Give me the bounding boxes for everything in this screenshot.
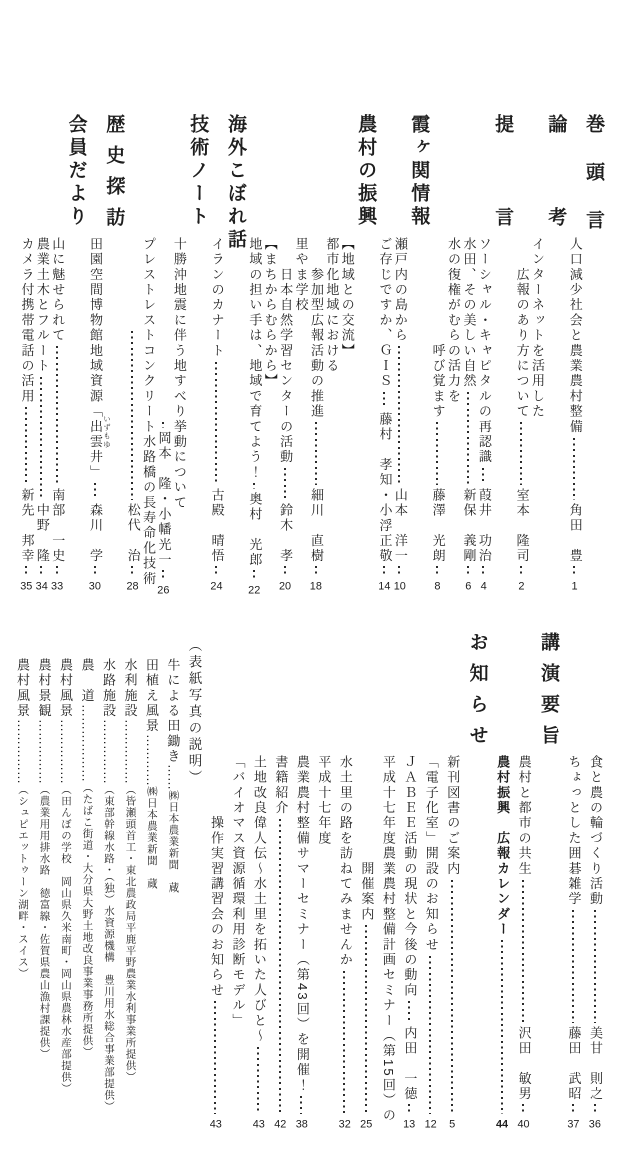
entry-title: 食と農の輪づくり活動	[587, 755, 602, 907]
entry-author: 藤村 孝知・小浮正敬	[377, 412, 392, 564]
dot-leader	[284, 468, 286, 500]
entry-title: 日本自然学習センターの活動	[277, 237, 292, 465]
dot-leader-text: …………	[143, 734, 158, 786]
entry-title: 水路施設	[100, 658, 115, 719]
entry-page-number: 14	[378, 579, 391, 592]
entry-title-line: 十勝沖地震に伴う地すべり挙動について	[171, 112, 186, 592]
entry-page-number: 35	[20, 579, 33, 592]
dot-leader	[25, 407, 27, 485]
section-header-label: 提言	[491, 114, 513, 300]
entry-page-number: 37	[567, 1117, 580, 1130]
toc-entry: ご存じですか、ＧＩＳ藤村 孝知・小浮正敬14	[377, 112, 392, 592]
entry-title: 開催案内	[358, 755, 373, 922]
dot-leader	[572, 1104, 574, 1115]
toc-entry: 土地改良偉人伝〜水土里を拓いた人びと〜43	[251, 630, 266, 1130]
entry-page-number: 34	[35, 579, 48, 592]
entry-title: 参加型広報活動の推進	[308, 237, 323, 419]
entry-title-line: 平成十七年度農業農村整備計画セミナー（第15回）の	[380, 630, 395, 1130]
entry-title	[156, 237, 171, 419]
magazine-toc-page: { "page": { "background": "#ffffff", "te…	[0, 0, 618, 1158]
entry-title: 平成十七年度農業農村整備計画セミナー（第15回）の	[380, 755, 395, 1123]
entry-title-line: 【まちからむらから】	[262, 112, 277, 592]
entry-page-number: 33	[50, 579, 63, 592]
dot-leader	[436, 566, 438, 577]
entry-title: 呼び覚ます	[430, 237, 445, 419]
section-header-label: 巻頭言	[582, 114, 604, 258]
dot-leader	[594, 910, 596, 1023]
dot-leader	[436, 422, 438, 485]
entry-author: 新保 義剛	[461, 488, 476, 564]
entry-title: 平成十七年度	[315, 755, 330, 846]
toc-entry: 松代 治28	[125, 112, 140, 592]
dot-leader	[56, 346, 58, 485]
dot-leader	[467, 566, 469, 577]
entry-page-number: 43	[252, 1117, 265, 1130]
entry-page-number: 2	[515, 579, 528, 592]
entry-title-line: 水の復権がむらの活力を	[445, 112, 460, 592]
dot-leader	[215, 566, 217, 577]
entry-title: 土地改良偉人伝〜水土里を拓いた人びと〜	[251, 755, 266, 1044]
toc-entry: 書籍紹介42	[272, 630, 287, 1130]
dot-leader	[467, 392, 469, 485]
entry-title: 農 道	[79, 658, 94, 704]
dot-leader	[253, 570, 255, 581]
entry-author: 奥村 光郎	[246, 492, 261, 568]
entry-page-number: 10	[393, 579, 406, 592]
dot-leader	[94, 566, 96, 577]
entry-page-number: 32	[338, 1117, 351, 1130]
entry-title: 書籍紹介	[272, 755, 287, 816]
entry-title-line: プレストレストコンクリート水路橋の長寿命化技術	[140, 112, 155, 592]
section-header-label: 農村の振興	[354, 114, 376, 229]
dot-leader	[398, 566, 400, 577]
dot-leader	[131, 566, 133, 577]
entry-title: 農業土木とフルート	[34, 237, 49, 374]
dot-leader	[398, 346, 400, 485]
entry-page-number: 13	[403, 1117, 416, 1130]
entry-title: 【まちからむらから】	[262, 237, 277, 389]
entry-title: 十勝沖地震に伴う地すべり挙動について	[171, 237, 186, 511]
toc-lower-block: 食と農の輪づくり活動美甘 則之36ちょっとした囲碁雑学藤田 武昭37講演要旨農村…	[14, 630, 602, 1130]
entry-author: 美甘 則之	[587, 1026, 602, 1102]
toc-entry: 開催案内25	[358, 630, 373, 1130]
entry-page-number: 26	[157, 583, 170, 596]
toc-entry: 「電子化室」開設のお知らせ12	[423, 630, 438, 1130]
dot-leader	[315, 566, 317, 577]
entry-page-number: 18	[309, 579, 322, 592]
entry-title: 農村と都市の共生	[516, 755, 531, 877]
entry-author: 中野 隆	[34, 503, 49, 564]
cover-photo-caption: 水利施設……………（皆瀬頭首工・東北農政局平鹿平野農業水利事業所提供）	[122, 630, 137, 1130]
photo-credit: （田んぼの学校 岡山県久米南町・岡山県農林水産部提供）	[57, 784, 72, 1095]
photo-credit: （東部幹線水路・（独）水資源機構 豊川用水総合事業部提供）	[100, 784, 115, 1112]
entry-page-number: 22	[248, 583, 261, 596]
dot-leader	[501, 940, 503, 1114]
section-header: お知らせ	[466, 630, 488, 1130]
dot-leader	[94, 483, 96, 500]
section-header-label: 講演要旨	[537, 632, 559, 756]
entry-author: 室本 隆司	[514, 488, 529, 564]
toc-entry: 農村振興 広報カレンダー44	[494, 630, 509, 1130]
dot-leader	[40, 377, 42, 500]
photo-credit: ㈱日本農業新聞 蔵	[143, 786, 158, 890]
dot-leader	[253, 483, 255, 489]
dot-leader	[520, 422, 522, 485]
dot-leader	[408, 1104, 410, 1115]
entry-title: 農村景観	[36, 658, 51, 719]
dot-leader-text: ……………	[100, 719, 115, 784]
entry-title: 水土里の路を訪ねてみませんか	[337, 755, 352, 968]
cover-photo-caption: 牛による田鋤き……㈱日本農業新聞 蔵	[164, 630, 179, 1130]
photo-credit: （農業用用排水路 徳富線・佐賀県農山漁村課提供）	[36, 784, 51, 1060]
toc-entry: 新刊図書のご案内5	[444, 630, 459, 1130]
dot-leader	[573, 566, 575, 577]
section-header-label: （表紙写真の説明）	[186, 638, 202, 787]
dot-leader	[383, 566, 385, 577]
dot-leader	[56, 566, 58, 577]
toc-entry: 呼び覚ます藤澤 光朗8	[430, 112, 445, 592]
entry-title: 「電子化室」開設のお知らせ	[423, 755, 438, 953]
entry-page-number: 12	[424, 1117, 437, 1130]
entry-title-line: 里やま学校	[293, 112, 308, 592]
entry-title: 山に魅せられて	[49, 237, 64, 343]
dot-leader	[482, 566, 484, 577]
photo-credit: ㈱日本農業新聞 蔵	[164, 790, 179, 894]
entry-title: 農村振興 広報カレンダー	[494, 755, 509, 937]
entry-title: 水田、その美しい自然	[461, 237, 476, 389]
dot-leader	[451, 880, 453, 1114]
dot-leader	[343, 971, 345, 1114]
entry-title: 水の復権がむらの活力を	[445, 237, 460, 404]
entry-page-number: 25	[360, 1117, 373, 1130]
entry-author: 細川 直樹	[308, 488, 323, 564]
toc-entry: 食と農の輪づくり活動美甘 則之36	[587, 630, 602, 1130]
entry-title-line: 【地域との交流】	[339, 112, 354, 592]
dot-leader	[40, 566, 42, 577]
photo-credit: （シュピエットゥーン湖畔・スイス）	[14, 784, 29, 980]
entry-author: 藤田 武昭	[566, 1026, 581, 1102]
dot-leader	[300, 1096, 302, 1114]
dot-leader-text: ……………	[122, 719, 137, 784]
toc-entry: 日本自然学習センターの活動鈴木 孝20	[277, 112, 292, 592]
section-header: 巻頭言	[582, 112, 604, 592]
entry-title: プレストレストコンクリート水路橋の長寿命化技術	[140, 237, 155, 587]
entry-title: 「バイオマス資源循環利用診断モデル」	[230, 755, 245, 1029]
entry-author: 藤澤 光朗	[430, 488, 445, 564]
entry-title: 瀬戸内の島から	[392, 237, 407, 343]
section-header: 霞ヶ関情報	[407, 112, 429, 592]
dot-leader	[573, 438, 575, 501]
entry-page-number: 24	[210, 579, 223, 592]
dot-leader-text: ……………	[36, 719, 51, 784]
entry-title: ＪＡＢＥＥ活動の現状と今後の動向	[401, 755, 416, 998]
entry-author: 鈴木 孝	[277, 503, 292, 564]
dot-leader-text: ……	[164, 764, 179, 790]
entry-page-number: 43	[209, 1117, 222, 1130]
entry-page-number: 28	[126, 579, 139, 592]
entry-title: 農村風景	[14, 658, 29, 719]
dot-leader	[215, 362, 217, 485]
entry-title: ソーシャル・キャピタルの再認識	[476, 237, 491, 465]
entry-author: 森川 学	[87, 503, 102, 564]
dot-leader	[383, 392, 385, 409]
entry-title: 農村風景	[57, 658, 72, 719]
entry-title: イランのカナート	[209, 237, 224, 359]
entry-title: 農業農村整備サマーセミナー（第43回）を開催！	[294, 755, 309, 1093]
entry-page-number: 6	[462, 579, 475, 592]
section-header: 農村の振興	[354, 112, 376, 592]
dot-leader	[520, 566, 522, 577]
entry-title: 水利施設	[122, 658, 137, 719]
dot-leader	[315, 422, 317, 485]
toc-entry: 農業土木とフルート中野 隆34	[34, 112, 49, 592]
entry-title: 新刊図書のご案内	[444, 755, 459, 877]
dot-leader	[162, 570, 164, 581]
section-header-label: 技術ノート	[186, 114, 208, 229]
toc-entry: 広報のあり方について室本 隆司2	[514, 112, 529, 592]
section-header: 海外こぼれ話	[224, 112, 246, 592]
toc-entry: ソーシャル・キャピタルの再認識葭井 功治4	[476, 112, 491, 592]
toc-entry: 参加型広報活動の推進細川 直樹18	[308, 112, 323, 592]
entry-title: 田植え風景	[143, 658, 158, 734]
dot-leader	[214, 1001, 216, 1114]
entry-page-number: 44	[495, 1117, 508, 1130]
cover-photo-caption: 田植え風景…………㈱日本農業新聞 蔵	[143, 630, 158, 1130]
dot-leader-text: ………………	[79, 704, 94, 782]
toc-upper-block: 巻頭言人口減少社会と農業農村整備角田 豊1論考インターネットを活用した 広報のあ…	[18, 112, 604, 592]
entry-title: 牛による田鋤き	[164, 658, 179, 764]
dot-leader	[429, 956, 431, 1114]
section-header-label: 霞ヶ関情報	[407, 114, 429, 229]
entry-title: 操作実習講習会のお知らせ	[208, 755, 223, 998]
cover-photos-header: （表紙写真の説明）	[186, 630, 202, 1130]
toc-entry: 操作実習講習会のお知らせ43	[208, 630, 223, 1130]
entry-author: 南部 一史	[49, 488, 64, 564]
entry-page-number: 5	[446, 1117, 459, 1130]
entry-title: ご存じですか、ＧＩＳ	[377, 237, 392, 389]
entry-author: 山本 洋一	[392, 488, 407, 564]
entry-title: 【地域との交流】	[339, 237, 354, 359]
entry-page-number: 36	[588, 1117, 601, 1130]
photo-credit: （皆瀬頭首工・東北農政局平鹿平野農業水利事業所提供）	[122, 784, 137, 1083]
toc-entry: 水田、その美しい自然新保 義剛6	[461, 112, 476, 592]
entry-page-number: 42	[274, 1117, 287, 1130]
dot-leader	[284, 566, 286, 577]
dot-leader	[572, 910, 574, 1023]
entry-author: 沢田 敏男	[516, 1026, 531, 1102]
entry-author: 岡本 隆・小幡光一	[156, 431, 171, 568]
dot-leader	[522, 880, 524, 1023]
section-header: 講演要旨	[537, 630, 559, 1130]
entry-title-line: 都市化地域における	[323, 112, 338, 592]
toc-entry: 人口減少社会と農業農村整備角田 豊1	[567, 112, 582, 592]
entry-title: 里やま学校	[293, 237, 308, 313]
toc-entry: 田園空間博物館地域資源「出雲井」いずもゆ森川 学30	[87, 112, 102, 592]
entry-page-number: 20	[278, 579, 291, 592]
entry-title: 人口減少社会と農業農村整備	[567, 237, 582, 435]
toc-entry: ＪＡＢＥＥ活動の現状と今後の動向内田 一徳13	[401, 630, 416, 1130]
toc-entry: 瀬戸内の島から山本 洋一10	[392, 112, 407, 592]
photo-credit: （たばこ街道・大分県大野土地改良事業事務所提供）	[79, 782, 94, 1058]
dot-leader	[365, 925, 367, 1114]
section-header: 技術ノート	[186, 112, 208, 592]
entry-title: カメラ付携帯電話の活用	[19, 237, 34, 404]
entry-title: 広報のあり方について	[514, 237, 529, 419]
entry-title: インターネットを活用した	[529, 237, 544, 419]
entry-author: 松代 治	[125, 503, 140, 564]
entry-author: 葭井 功治	[476, 488, 491, 564]
dot-leader	[257, 1047, 259, 1114]
dot-leader	[131, 331, 133, 500]
toc-entry: カメラ付携帯電話の活用新先 邦幸35	[19, 112, 34, 592]
entry-page-number: 4	[477, 579, 490, 592]
entry-author: 内田 一徳	[401, 1026, 416, 1102]
ruby-annotation: いずもゆ	[102, 415, 111, 449]
cover-photo-caption: 農村景観……………（農業用用排水路 徳富線・佐賀県農山漁村課提供）	[36, 630, 51, 1130]
cover-photo-caption: 水路施設……………（東部幹線水路・（独）水資源機構 豊川用水総合事業部提供）	[100, 630, 115, 1130]
dot-leader	[594, 1104, 596, 1115]
entry-author: 角田 豊	[567, 503, 582, 564]
cover-photo-caption: 農村風景……………（田んぼの学校 岡山県久米南町・岡山県農林水産部提供）	[57, 630, 72, 1130]
section-header-label: 歴史探訪	[102, 114, 124, 238]
section-header-label: 論考	[544, 114, 566, 300]
toc-entry: 山に魅せられて南部 一史33	[49, 112, 64, 592]
section-header: 歴史探訪	[102, 112, 124, 592]
toc-entry: 農村と都市の共生沢田 敏男40	[516, 630, 531, 1130]
section-header-label: 海外こぼれ話	[224, 114, 246, 252]
toc-entry: 農業農村整備サマーセミナー（第43回）を開催！38	[294, 630, 309, 1130]
toc-entry: ちょっとした囲碁雑学藤田 武昭37	[566, 630, 581, 1130]
dot-leader	[279, 819, 281, 1114]
entry-author: 新先 邦幸	[19, 488, 34, 564]
cover-photo-caption: 農 道………………（たばこ街道・大分県大野土地改良事業事務所提供）	[79, 630, 94, 1130]
section-header: 論考	[544, 112, 566, 592]
entry-title	[125, 237, 140, 328]
entry-page-number: 8	[431, 579, 444, 592]
section-header: 提言	[491, 112, 513, 592]
entry-title-line: インターネットを活用した	[529, 112, 544, 592]
dot-leader	[482, 468, 484, 485]
dot-leader	[408, 1001, 410, 1023]
entry-title: 田園空間博物館地域資源「出雲井」	[87, 237, 102, 480]
dot-leader	[162, 422, 164, 428]
entry-page-number: 30	[88, 579, 101, 592]
toc-entry: 岡本 隆・小幡光一26	[156, 112, 171, 592]
toc-entry: 水土里の路を訪ねてみませんか32	[337, 630, 352, 1130]
entry-page-number: 1	[568, 579, 581, 592]
section-header-label: お知らせ	[466, 632, 488, 756]
entry-author: 古殿 晴悟	[209, 488, 224, 564]
section-header-label: 会員だより	[65, 114, 87, 229]
toc-entry: 地域の担い手は、地域で育てよう！奥村 光郎22	[246, 112, 261, 592]
dot-leader	[25, 566, 27, 577]
entry-title: ちょっとした囲碁雑学	[566, 755, 581, 907]
dot-leader-text: ……………	[57, 719, 72, 784]
entry-page-number: 40	[517, 1117, 530, 1130]
entry-title-line: 「バイオマス資源循環利用診断モデル」	[230, 630, 245, 1130]
entry-page-number: 38	[295, 1117, 308, 1130]
toc-entry: イランのカナート古殿 晴悟24	[209, 112, 224, 592]
dot-leader-text: ……………	[14, 719, 29, 784]
cover-photo-caption: 農村風景……………（シュピエットゥーン湖畔・スイス）	[14, 630, 29, 1130]
entry-title-line: 平成十七年度	[315, 630, 330, 1130]
entry-title: 地域の担い手は、地域で育てよう！	[246, 237, 261, 480]
section-header: 会員だより	[65, 112, 87, 592]
entry-title: 都市化地域における	[323, 237, 338, 374]
dot-leader	[522, 1104, 524, 1115]
